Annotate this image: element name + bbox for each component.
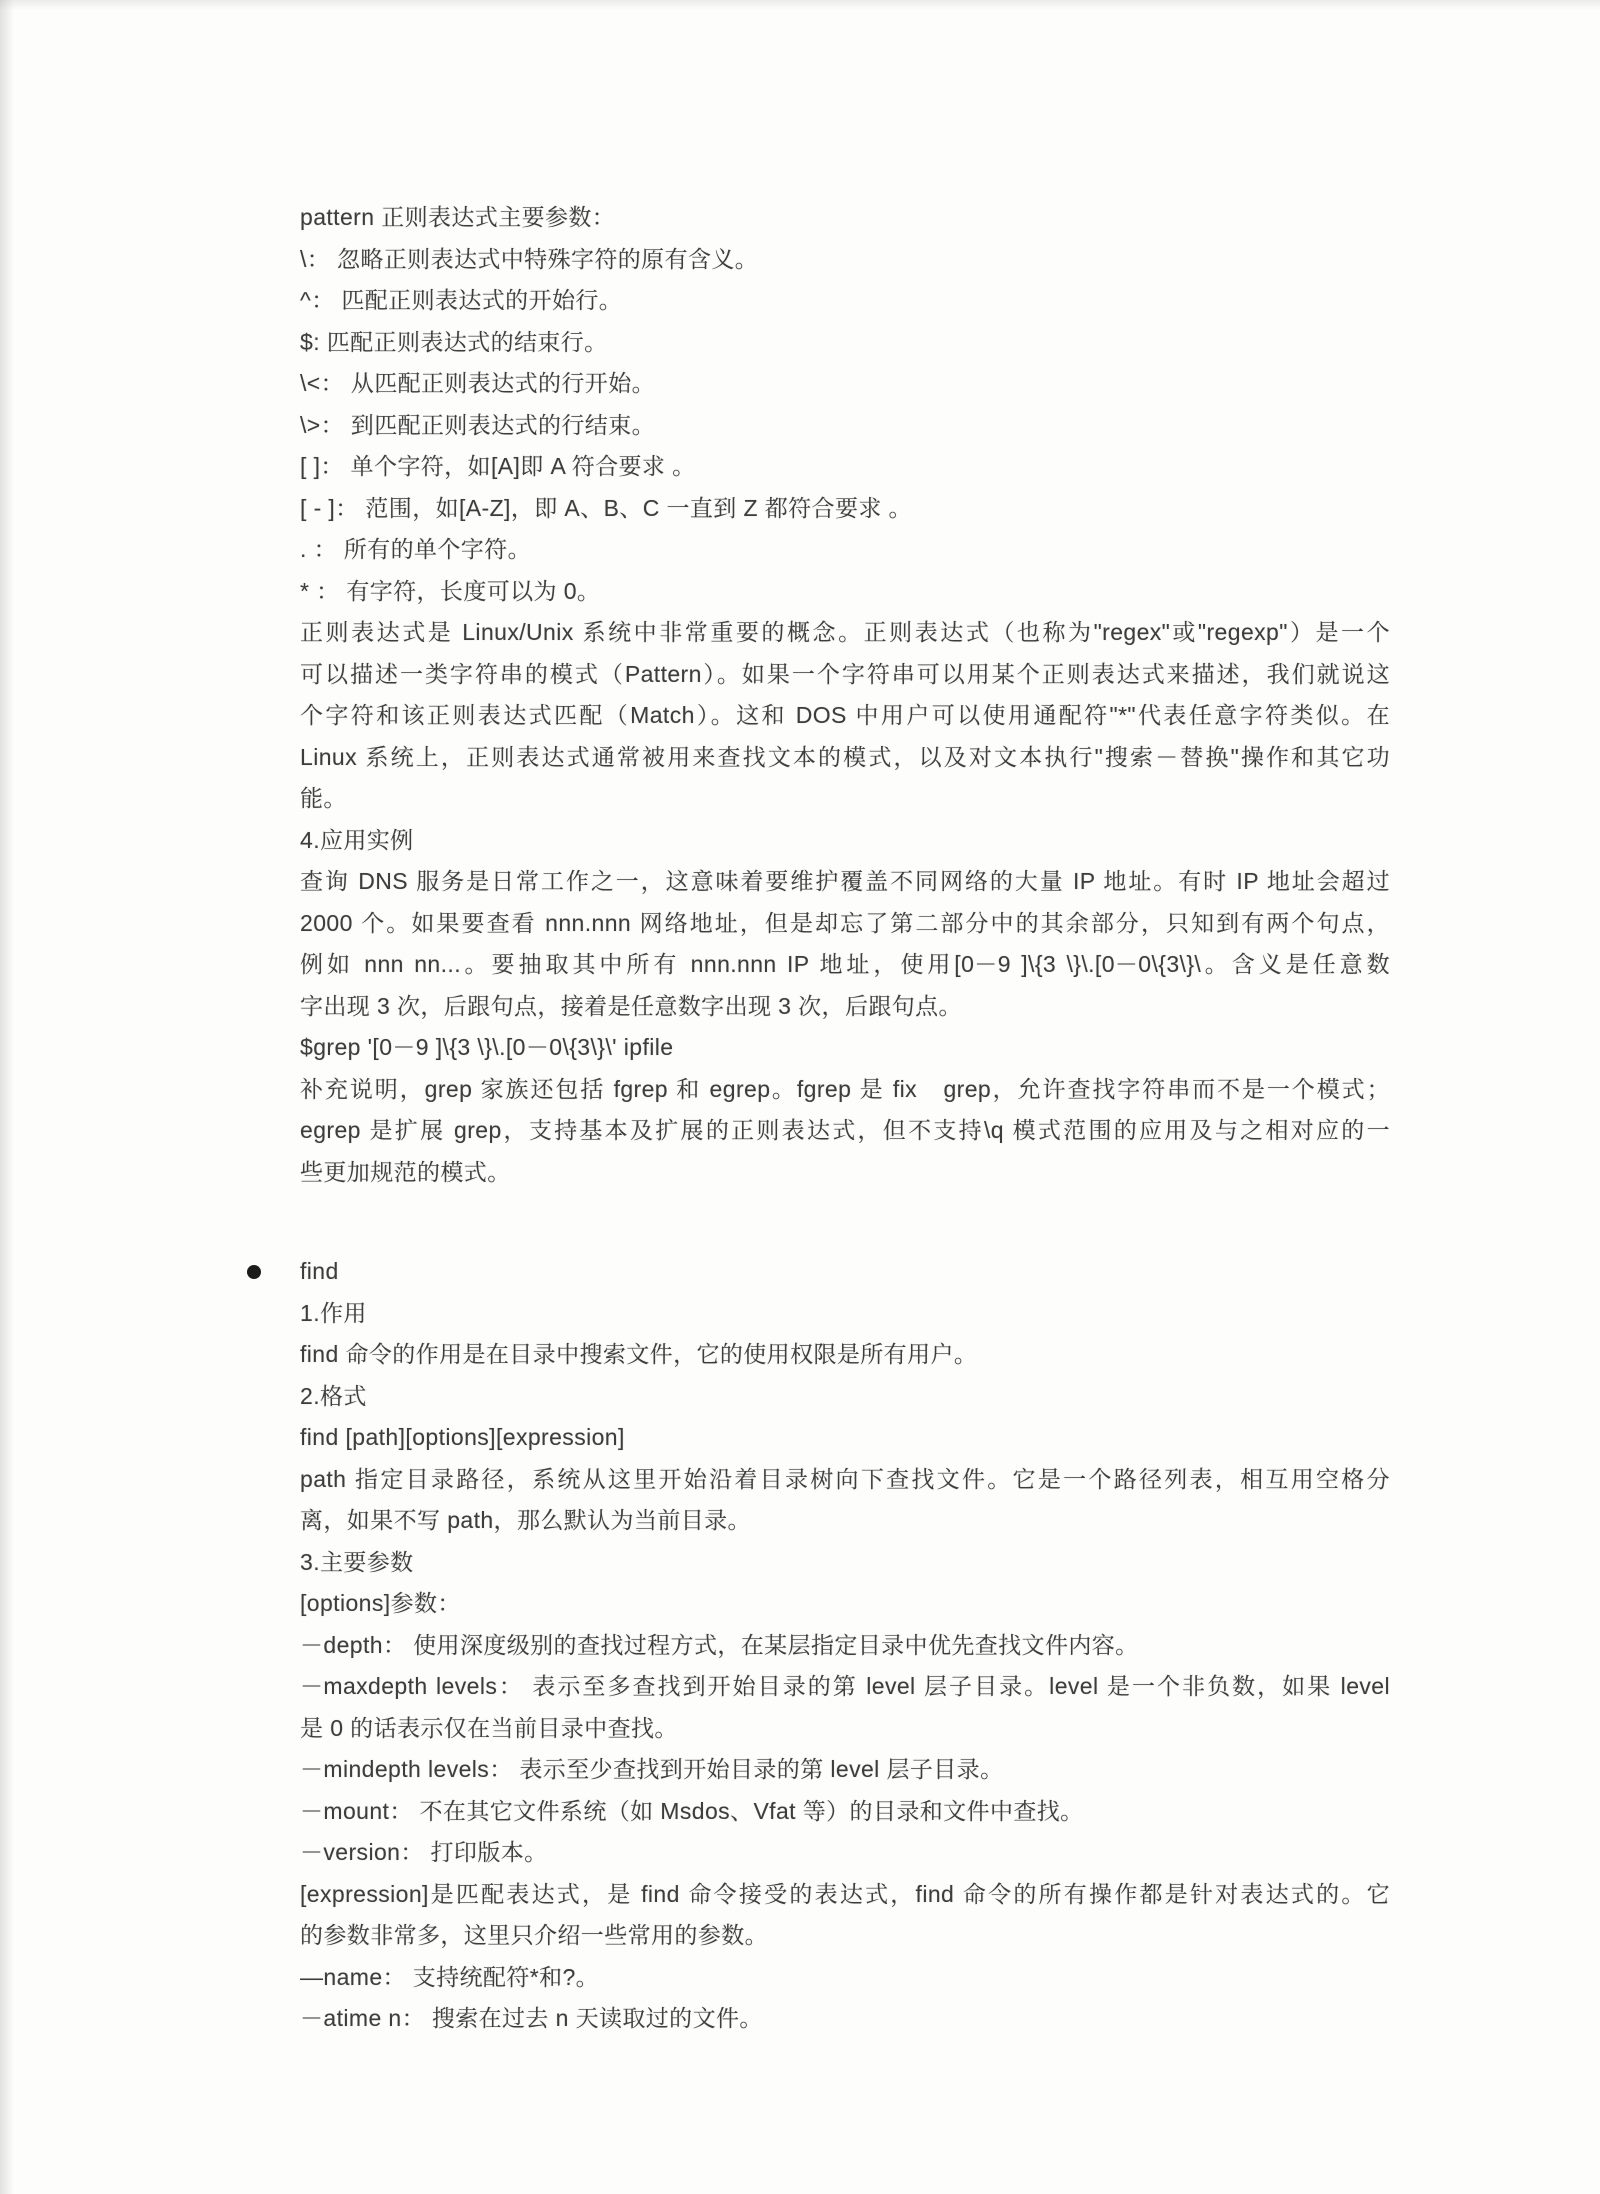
text-line: －atime n： 搜索在过去 n 天读取过的文件。 [300, 1998, 1390, 2040]
line-text: \： 忽略正则表达式中特殊字符的原有含义。 [300, 246, 758, 272]
line-text: 补充说明，grep 家族还包括 fgrep 和 egrep。fgrep 是 fi… [300, 1076, 1390, 1102]
line-text: $grep '[0－9 ]\{3 \}\.[0－0\{3\}\' ipfile [300, 1034, 673, 1060]
text-line: －version： 打印版本。 [300, 1832, 1390, 1874]
line-text: 正则表达式是 Linux/Unix 系统中非常重要的概念。正则表达式（也称为"r… [300, 619, 1390, 645]
page-edge-shadow-left [0, 0, 14, 2194]
text-line: 2000 个。如果要查看 nnn.nnn 网络地址，但是却忘了第二部分中的其余部… [300, 903, 1390, 945]
text-line: 补充说明，grep 家族还包括 fgrep 和 egrep。fgrep 是 fi… [300, 1069, 1390, 1111]
line-text: ^： 匹配正则表达式的开始行。 [300, 287, 622, 313]
text-line: find 命令的作用是在目录中搜索文件，它的使用权限是所有用户。 [300, 1334, 1390, 1376]
text-line: [options]参数： [300, 1583, 1390, 1625]
line-text: [expression]是匹配表达式，是 find 命令接受的表达式，find … [300, 1881, 1390, 1907]
line-text: [ ]： 单个字符，如[A]即 A 符合要求 。 [300, 453, 696, 479]
line-text: 可以描述一类字符串的模式（Pattern）。如果一个字符串可以用某个正则表达式来… [300, 661, 1390, 687]
bullet-list-item: find [300, 1251, 1390, 1293]
text-line: －depth： 使用深度级别的查找过程方式，在某层指定目录中优先查找文件内容。 [300, 1625, 1390, 1667]
line-text: －maxdepth levels： 表示至多查找到开始目录的第 level 层子… [300, 1673, 1390, 1699]
text-line: \： 忽略正则表达式中特殊字符的原有含义。 [300, 239, 1390, 281]
line-text: 离，如果不写 path，那么默认为当前目录。 [300, 1507, 751, 1533]
text-line: . ： 所有的单个字符。 [300, 529, 1390, 571]
line-text: 字出现 3 次，后跟句点，接着是任意数字出现 3 次，后跟句点。 [300, 993, 962, 1019]
text-line: 离，如果不写 path，那么默认为当前目录。 [300, 1500, 1390, 1542]
text-line: Linux 系统上，正则表达式通常被用来查找文本的模式，以及对文本执行"搜索－替… [300, 737, 1390, 779]
text-line: 3.主要参数 [300, 1542, 1390, 1584]
line-text: —name： 支持统配符*和?。 [300, 1964, 599, 1990]
line-text: 能。 [300, 785, 347, 811]
line-text: [options]参数： [300, 1590, 461, 1616]
text-line: 正则表达式是 Linux/Unix 系统中非常重要的概念。正则表达式（也称为"r… [300, 612, 1390, 654]
text-line: $: 匹配正则表达式的结束行。 [300, 322, 1390, 364]
text-line: ^： 匹配正则表达式的开始行。 [300, 280, 1390, 322]
text-line: 4.应用实例 [300, 820, 1390, 862]
line-text: 是 0 的话表示仅在当前目录中查找。 [300, 1715, 678, 1741]
line-text: find 命令的作用是在目录中搜索文件，它的使用权限是所有用户。 [300, 1341, 977, 1367]
line-text: egrep 是扩展 grep，支持基本及扩展的正则表达式，但不支持\q 模式范围… [300, 1117, 1390, 1143]
page-edge-shadow-top [0, 0, 1600, 10]
line-text: 3.主要参数 [300, 1549, 414, 1575]
line-text: find [path][options][expression] [300, 1424, 625, 1450]
text-line: [expression]是匹配表达式，是 find 命令接受的表达式，find … [300, 1874, 1390, 1916]
text-line: 字出现 3 次，后跟句点，接着是任意数字出现 3 次，后跟句点。 [300, 986, 1390, 1028]
text-line: 是 0 的话表示仅在当前目录中查找。 [300, 1708, 1390, 1750]
text-line: －maxdepth levels： 表示至多查找到开始目录的第 level 层子… [300, 1666, 1390, 1708]
line-text: path 指定目录路径，系统从这里开始沿着目录树向下查找文件。它是一个路径列表，… [300, 1466, 1390, 1492]
text-line: 些更加规范的模式。 [300, 1152, 1390, 1194]
line-text: 的参数非常多，这里只介绍一些常用的参数。 [300, 1922, 768, 1948]
text-line: find [path][options][expression] [300, 1417, 1390, 1459]
line-text: 2000 个。如果要查看 nnn.nnn 网络地址，但是却忘了第二部分中的其余部… [300, 910, 1390, 936]
text-line: －mindepth levels： 表示至少查找到开始目录的第 level 层子… [300, 1749, 1390, 1791]
line-text: －version： 打印版本。 [300, 1839, 548, 1865]
text-line: 2.格式 [300, 1376, 1390, 1418]
scanned-document-page: pattern 正则表达式主要参数：\： 忽略正则表达式中特殊字符的原有含义。^… [0, 0, 1600, 2194]
text-line: pattern 正则表达式主要参数： [300, 197, 1390, 239]
line-text: 2.格式 [300, 1383, 367, 1409]
line-text: [ - ]： 范围，如[A-Z]，即 A、B、C 一直到 Z 都符合要求 。 [300, 495, 912, 521]
text-line: \<： 从匹配正则表达式的行开始。 [300, 363, 1390, 405]
line-text: * ： 有字符，长度可以为 0。 [300, 578, 600, 604]
line-text: 4.应用实例 [300, 827, 414, 853]
line-text: Linux 系统上，正则表达式通常被用来查找文本的模式，以及对文本执行"搜索－替… [300, 744, 1390, 770]
line-text: 些更加规范的模式。 [300, 1159, 511, 1185]
text-line: 能。 [300, 778, 1390, 820]
bullet-icon [247, 1265, 261, 1279]
text-line: [ ]： 单个字符，如[A]即 A 符合要求 。 [300, 446, 1390, 488]
line-text: 1.作用 [300, 1300, 367, 1326]
text-line: egrep 是扩展 grep，支持基本及扩展的正则表达式，但不支持\q 模式范围… [300, 1110, 1390, 1152]
line-text: \>： 到匹配正则表达式的行结束。 [300, 412, 655, 438]
text-line: * ： 有字符，长度可以为 0。 [300, 571, 1390, 613]
line-text: 个字符和该正则表达式匹配（Match）。这和 DOS 中用户可以使用通配符"*"… [300, 702, 1390, 728]
text-line: path 指定目录路径，系统从这里开始沿着目录树向下查找文件。它是一个路径列表，… [300, 1459, 1390, 1501]
line-text: \<： 从匹配正则表达式的行开始。 [300, 370, 655, 396]
text-line: 可以描述一类字符串的模式（Pattern）。如果一个字符串可以用某个正则表达式来… [300, 654, 1390, 696]
line-text: 查询 DNS 服务是日常工作之一，这意味着要维护覆盖不同网络的大量 IP 地址。… [300, 868, 1390, 894]
text-line: 个字符和该正则表达式匹配（Match）。这和 DOS 中用户可以使用通配符"*"… [300, 695, 1390, 737]
line-text: －mindepth levels： 表示至少查找到开始目录的第 level 层子… [300, 1756, 1003, 1782]
line-text: 例如 nnn nn...。要抽取其中所有 nnn.nnn IP 地址，使用[0－… [300, 951, 1390, 977]
text-line: 1.作用 [300, 1293, 1390, 1335]
text-line: －mount： 不在其它文件系统（如 Msdos、Vfat 等）的目录和文件中查… [300, 1791, 1390, 1833]
line-text: $: 匹配正则表达式的结束行。 [300, 329, 608, 355]
text-line: 的参数非常多，这里只介绍一些常用的参数。 [300, 1915, 1390, 1957]
line-text: pattern 正则表达式主要参数： [300, 204, 615, 230]
line-text: －atime n： 搜索在过去 n 天读取过的文件。 [300, 2005, 763, 2031]
line-text: find [300, 1258, 339, 1284]
document-content: pattern 正则表达式主要参数：\： 忽略正则表达式中特殊字符的原有含义。^… [300, 197, 1390, 2040]
line-text: －depth： 使用深度级别的查找过程方式，在某层指定目录中优先查找文件内容。 [300, 1632, 1139, 1658]
text-line: 查询 DNS 服务是日常工作之一，这意味着要维护覆盖不同网络的大量 IP 地址。… [300, 861, 1390, 903]
text-line: —name： 支持统配符*和?。 [300, 1957, 1390, 1999]
line-text: . ： 所有的单个字符。 [300, 536, 531, 562]
text-line: 例如 nnn nn...。要抽取其中所有 nnn.nnn IP 地址，使用[0－… [300, 944, 1390, 986]
line-text: －mount： 不在其它文件系统（如 Msdos、Vfat 等）的目录和文件中查… [300, 1798, 1084, 1824]
text-line: $grep '[0－9 ]\{3 \}\.[0－0\{3\}\' ipfile [300, 1027, 1390, 1069]
text-line: \>： 到匹配正则表达式的行结束。 [300, 405, 1390, 447]
text-line: [ - ]： 范围，如[A-Z]，即 A、B、C 一直到 Z 都符合要求 。 [300, 488, 1390, 530]
